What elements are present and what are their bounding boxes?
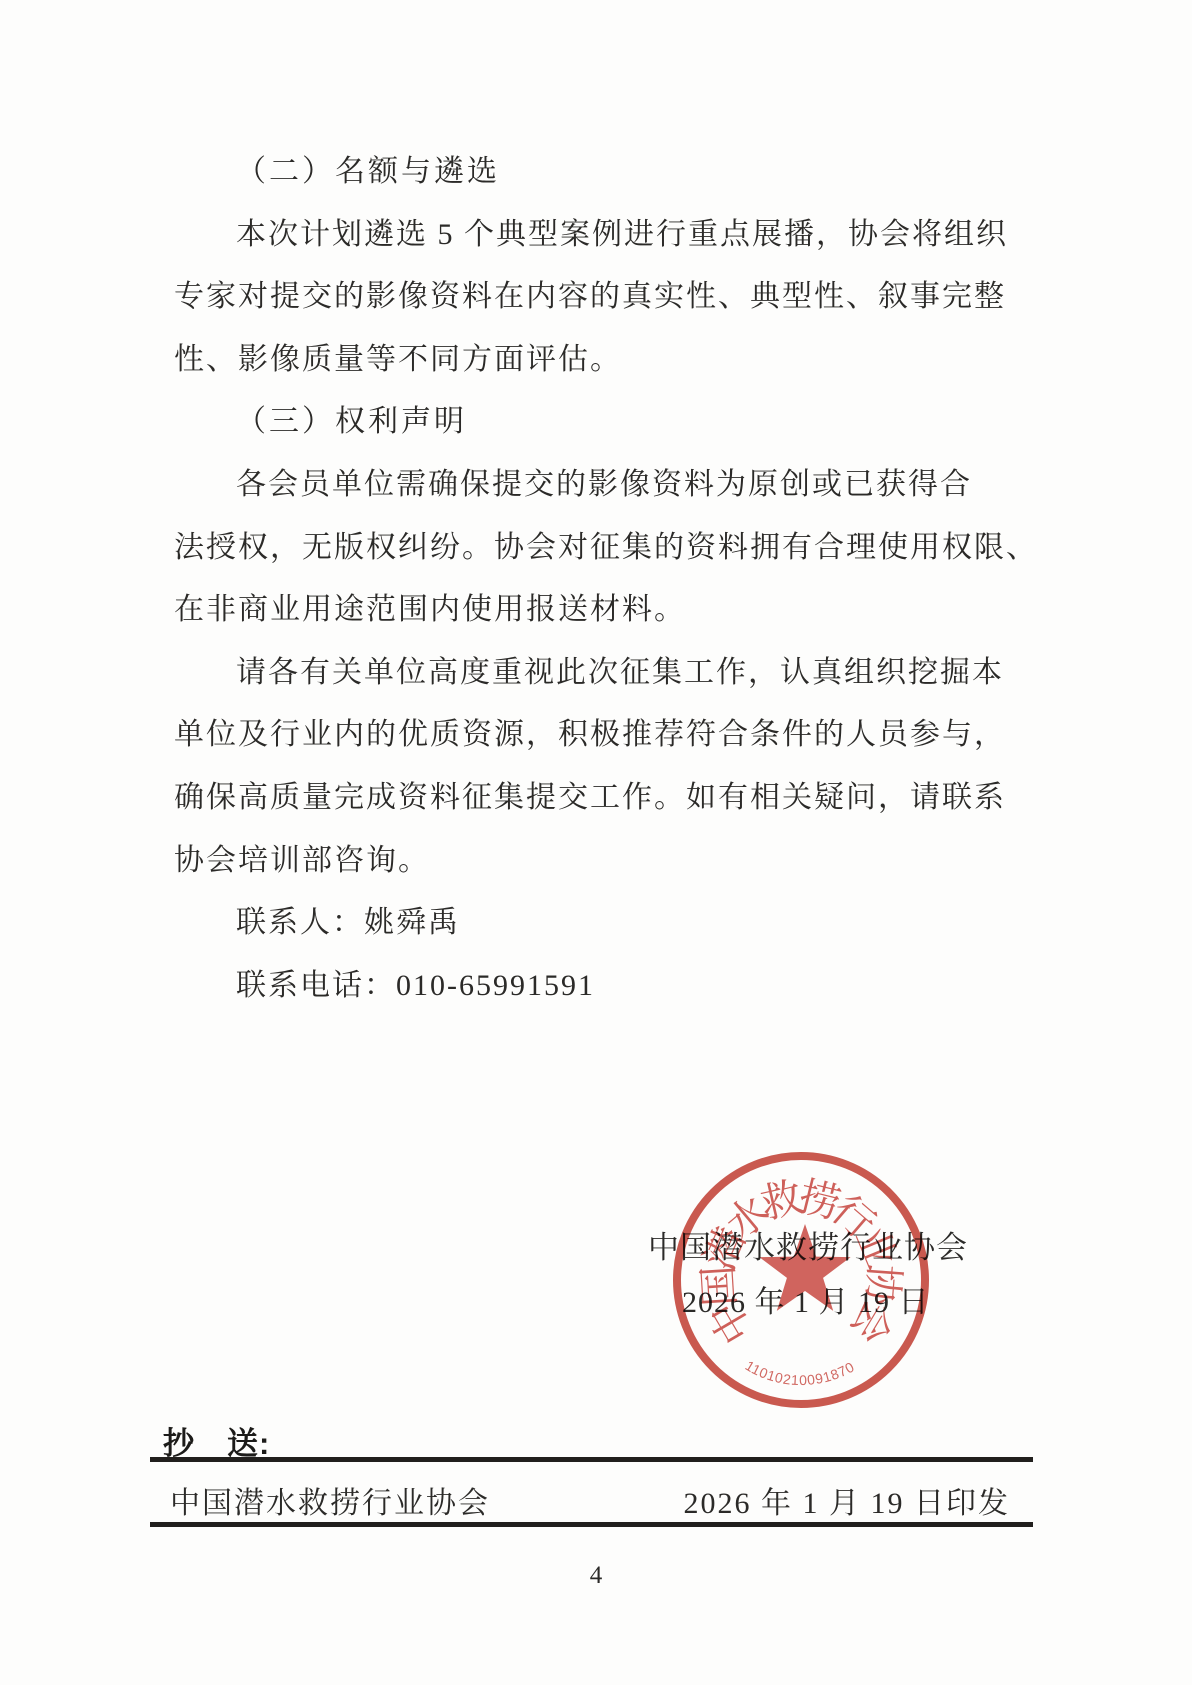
- seal-star-icon: [759, 1224, 850, 1311]
- footer-row: 中国潜水救捞行业协会 2026 年 1 月 19 日印发: [150, 1478, 1033, 1522]
- paragraph-line: 协会培训部咨询。: [174, 830, 1019, 893]
- paragraph-line: 本次计划遴选 5 个典型案例进行重点展播，协会将组织: [174, 204, 1019, 267]
- page-number: 4: [0, 1562, 1192, 1590]
- footer-rule-top: [150, 1457, 1033, 1462]
- paragraph-line: 专家对提交的影像资料在内容的真实性、典型性、叙事完整: [174, 266, 1019, 329]
- paragraph-line: 确保高质量完成资料征集提交工作。如有相关疑问，请联系: [174, 767, 1019, 830]
- contact-person-line: 联系人：姚舜禹: [174, 892, 1019, 955]
- seal-code: 11010210091870: [743, 1357, 857, 1388]
- contact-phone-line: 联系电话：010-65991591: [174, 955, 1019, 1018]
- paragraph-line: 请各有关单位高度重视此次征集工作，认真组织挖掘本: [174, 642, 1019, 705]
- footer-rule-bottom: [150, 1522, 1033, 1527]
- paragraph-line: 各会员单位需确保提交的影像资料为原创或已获得合: [174, 454, 1019, 517]
- section-heading-3: （三）权利声明: [174, 391, 1019, 454]
- footer-issuer: 中国潜水救捞行业协会: [170, 1478, 490, 1522]
- paragraph-line: 法授权，无版权纠纷。协会对征集的资料拥有合理使用权限、: [174, 517, 1019, 580]
- paragraph-line: 单位及行业内的优质资源，积极推荐符合条件的人员参与，: [174, 704, 1019, 767]
- footer-issue-date: 2026 年 1 月 19 日印发: [684, 1478, 1011, 1522]
- document-page: （二）名额与遴选 本次计划遴选 5 个典型案例进行重点展播，协会将组织 专家对提…: [0, 0, 1192, 1685]
- official-seal: 中国潜水救捞行业协会 11010210091870: [661, 1140, 941, 1420]
- paragraph-line: 在非商业用途范围内使用报送材料。: [174, 579, 1019, 642]
- body-text: （二）名额与遴选 本次计划遴选 5 个典型案例进行重点展播，协会将组织 专家对提…: [174, 141, 1019, 1017]
- section-heading-2: （二）名额与遴选: [174, 141, 1019, 204]
- paragraph-line: 性、影像质量等不同方面评估。: [174, 329, 1019, 392]
